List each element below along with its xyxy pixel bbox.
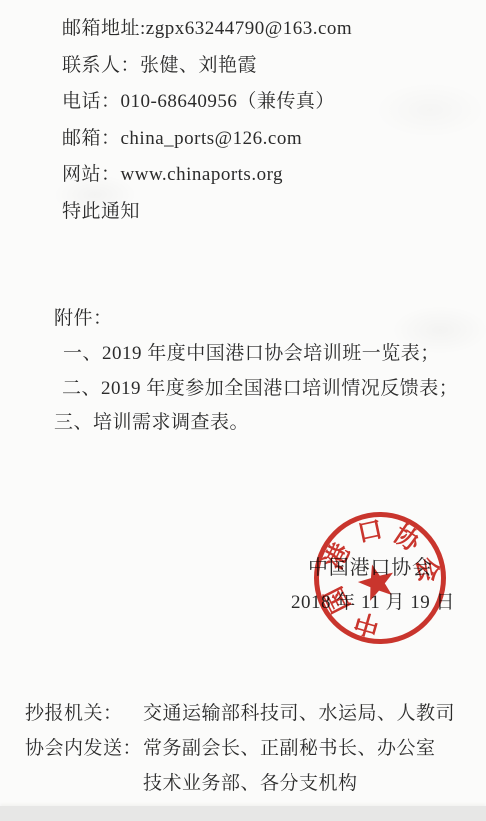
contact-line-email-address: 邮箱地址:zgpx63244790@163.com bbox=[62, 13, 352, 40]
distribution-value: 技术业务部、各分支机构 bbox=[143, 773, 358, 794]
distribution-label: 协会内发送： bbox=[25, 733, 143, 760]
closing-notice-line: 特此通知 bbox=[62, 196, 140, 223]
seal-char: 口 bbox=[355, 516, 385, 548]
attachment-item-2: 二、2019 年度参加全国港口培训情况反馈表； bbox=[62, 373, 458, 400]
document-page: 邮箱地址:zgpx63244790@163.com 联系人：张健、刘艳霞 电话：… bbox=[0, 0, 486, 821]
attachments-header: 附件： bbox=[54, 303, 113, 330]
attachment-item-1: 一、2019 年度中国港口协会培训班一览表； bbox=[63, 338, 440, 365]
distribution-label: 抄报机关： bbox=[25, 698, 143, 725]
contact-line-website: 网站：www.chinaports.org bbox=[62, 159, 283, 186]
distribution-value: 交通运输部科技司、水运局、人教司 bbox=[143, 703, 455, 724]
contact-line-contact-person: 联系人：张健、刘艳霞 bbox=[62, 50, 257, 77]
attachment-item-3: 三、培训需求调查表。 bbox=[54, 407, 249, 434]
distribution-row-internal-cont: 技术业务部、各分支机构 bbox=[143, 768, 358, 795]
seal-char: 会 bbox=[411, 555, 444, 585]
distribution-row-copy-to: 抄报机关：交通运输部科技司、水运局、人教司 bbox=[25, 698, 455, 725]
distribution-row-internal: 协会内发送：常务副会长、正副秘书长、办公室 bbox=[25, 733, 436, 760]
scan-edge-shadow bbox=[0, 806, 486, 821]
contact-line-email: 邮箱：china_ports@126.com bbox=[62, 123, 302, 150]
distribution-value: 常务副会长、正副秘书长、办公室 bbox=[143, 738, 436, 759]
contact-line-phone: 电话：010-68640956（兼传真） bbox=[62, 86, 335, 113]
star-icon bbox=[354, 560, 398, 603]
official-seal: 中 国 港 口 协 会 bbox=[295, 493, 465, 663]
